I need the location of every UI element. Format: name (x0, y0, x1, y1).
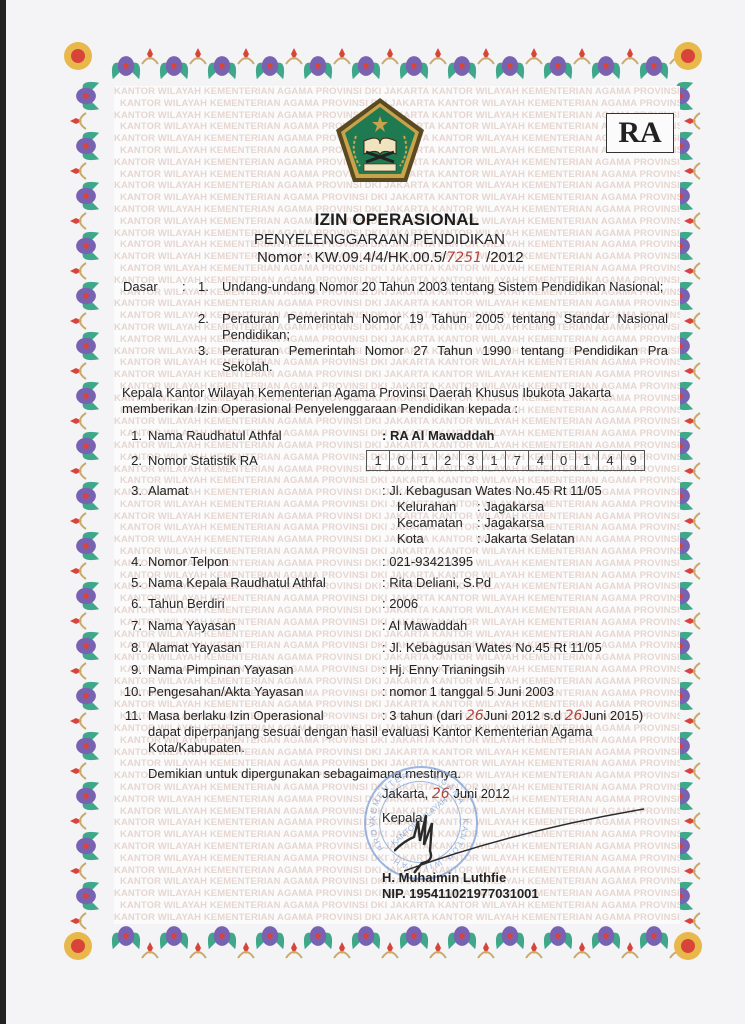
address-value: : Jagakarsa (477, 515, 544, 530)
signatory-name: H. Muhaimin Luthfie (382, 870, 506, 886)
item-number: 5. (116, 575, 142, 590)
document-title: IZIN OPERASIONAL (114, 210, 680, 230)
masa-prefix: : 3 tahun (dari (382, 708, 466, 723)
signature-place-date: Jakarta, 26 Juni 2012 (382, 786, 510, 802)
ra-badge: RA (606, 113, 674, 153)
item-number: 6. (116, 596, 142, 611)
item-number: 9. (116, 662, 142, 677)
statistik-digit: 1 (483, 451, 506, 470)
statistik-digit: 1 (367, 451, 390, 470)
item-label: Nama Yayasan (148, 618, 236, 633)
address-kota: Kota: Jakarta Selatan (397, 531, 575, 546)
dasar-item-text: Undang-undang Nomor 20 Tahun 2003 tentan… (222, 279, 668, 295)
item-label: Nomor Telpon (148, 554, 229, 569)
item-value: : Jl. Kebagusan Wates No.45 Rt 11/05 (382, 483, 602, 498)
dasar-item-number: 2. (198, 311, 222, 327)
signature-day-handwritten: 26 (432, 786, 450, 802)
statistik-digit: 2 (437, 451, 460, 470)
address-key: Kota (397, 531, 477, 546)
address-kecamatan: Kecamatan: Jagakarsa (397, 515, 544, 530)
nomor-suffix: /2012 (482, 249, 524, 266)
kementerian-agama-logo (334, 96, 426, 186)
certificate-body: KANTOR WILAYAH KEMENTERIAN AGAMA PROVINS… (114, 86, 680, 924)
item-number: 10. (116, 684, 142, 699)
masa-berlaku-value: : 3 tahun (dari 26Juni 2012 s.d 26Juni 2… (382, 708, 643, 724)
masa-berlaku-continuation: dapat diperpanjang sesuai dengan hasil e… (148, 724, 648, 756)
item-label: Tahun Berdiri (148, 596, 225, 611)
item-label: Masa berlaku Izin Operasional (148, 708, 324, 723)
ornamental-border-left (58, 66, 102, 936)
statistik-digit: 3 (460, 451, 483, 470)
certificate-frame: KANTOR WILAYAH KEMENTERIAN AGAMA PROVINS… (58, 36, 708, 966)
item-value: : Al Mawaddah (382, 618, 467, 633)
nomor-statistik-boxes: 101231740149 (366, 450, 645, 471)
item-label: Pengesahan/Akta Yayasan (148, 684, 304, 699)
intro-paragraph: Kepala Kantor Wilayah Kementerian Agama … (122, 385, 672, 417)
item-value: : 2006 (382, 596, 418, 611)
dasar-item: 1.Undang-undang Nomor 20 Tahun 2003 tent… (198, 279, 668, 295)
nomor-prefix: Nomor : KW.09.4/4/HK.00.5/ (257, 249, 446, 266)
masa-mid: Juni 2012 s.d (484, 708, 565, 723)
item-label: Nomor Statistik RA (148, 453, 258, 468)
scan-edge (0, 0, 6, 1024)
masa-suffix: Juni 2015) (582, 708, 643, 723)
ornamental-border-bottom (58, 922, 708, 966)
address-kelurahan: Kelurahan: Jagakarsa (397, 499, 544, 514)
address-key: Kelurahan (397, 499, 477, 514)
document-number: Nomor : KW.09.4/4/HK.00.5/7251 /2012 (257, 249, 524, 266)
item-label: Nama Kepala Raudhatul Athfal (148, 575, 326, 590)
dasar-item-number: 1. (198, 279, 222, 295)
address-key: Kecamatan (397, 515, 477, 530)
statistik-digit: 0 (390, 451, 413, 470)
item-value: : 021-93421395 (382, 554, 473, 569)
item-label: Alamat (148, 483, 188, 498)
address-value: : Jakarta Selatan (477, 531, 575, 546)
dasar-label: Dasar (123, 279, 158, 295)
nomor-handwritten: 7251 (446, 250, 482, 266)
item-value: : RA Al Mawaddah (382, 428, 494, 443)
statistik-digit: 4 (529, 451, 552, 470)
signature-place: Jakarta, (382, 786, 428, 801)
statistik-digit: 7 (506, 451, 529, 470)
address-value: : Jagakarsa (477, 499, 544, 514)
item-label: Nama Raudhatul Athfal (148, 428, 282, 443)
dasar-item: 2.Peraturan Pemerintah Nomor 19 Tahun 20… (198, 311, 668, 343)
item-number: 1. (116, 428, 142, 443)
signatory-nip: NIP. 195411021977031001 (382, 886, 539, 902)
statistik-digit: 4 (599, 451, 622, 470)
ornamental-border-top (58, 36, 708, 80)
masa-end-day-handwritten: 26 (565, 708, 583, 724)
item-value: : nomor 1 tanggal 5 Juni 2003 (382, 684, 554, 699)
handwritten-signature (394, 801, 654, 881)
dasar-item-number: 3. (198, 343, 222, 359)
dasar-item: 3.Peraturan Pemerintah Nomor 27 Tahun 19… (198, 343, 668, 375)
item-number: 8. (116, 640, 142, 655)
dasar-colon: : (182, 279, 186, 295)
statistik-digit: 1 (413, 451, 436, 470)
dasar-item-text: Peraturan Pemerintah Nomor 19 Tahun 2005… (222, 311, 668, 343)
masa-start-day-handwritten: 26 (466, 708, 484, 724)
dasar-item-text: Peraturan Pemerintah Nomor 27 Tahun 1990… (222, 343, 668, 375)
signature-month-year: Juni 2012 (453, 786, 509, 801)
item-value: : Rita Deliani, S.Pd (382, 575, 491, 590)
item-value: : Hj. Enny Trianingsih (382, 662, 505, 677)
item-number: 7. (116, 618, 142, 633)
statistik-digit: 9 (622, 451, 644, 470)
document-subtitle: PENYELENGGARAAN PENDIDIKAN (254, 231, 505, 248)
item-number: 2. (116, 453, 142, 468)
item-label: Alamat Yayasan (148, 640, 241, 655)
statistik-digit: 1 (576, 451, 599, 470)
item-label: Nama Pimpinan Yayasan (148, 662, 294, 677)
statistik-digit: 0 (553, 451, 576, 470)
item-number: 3. (116, 483, 142, 498)
item-number: 11. (116, 708, 142, 723)
item-value: : Jl. Kebagusan Wates No.45 Rt 11/05 (382, 640, 602, 655)
item-number: 4. (116, 554, 142, 569)
